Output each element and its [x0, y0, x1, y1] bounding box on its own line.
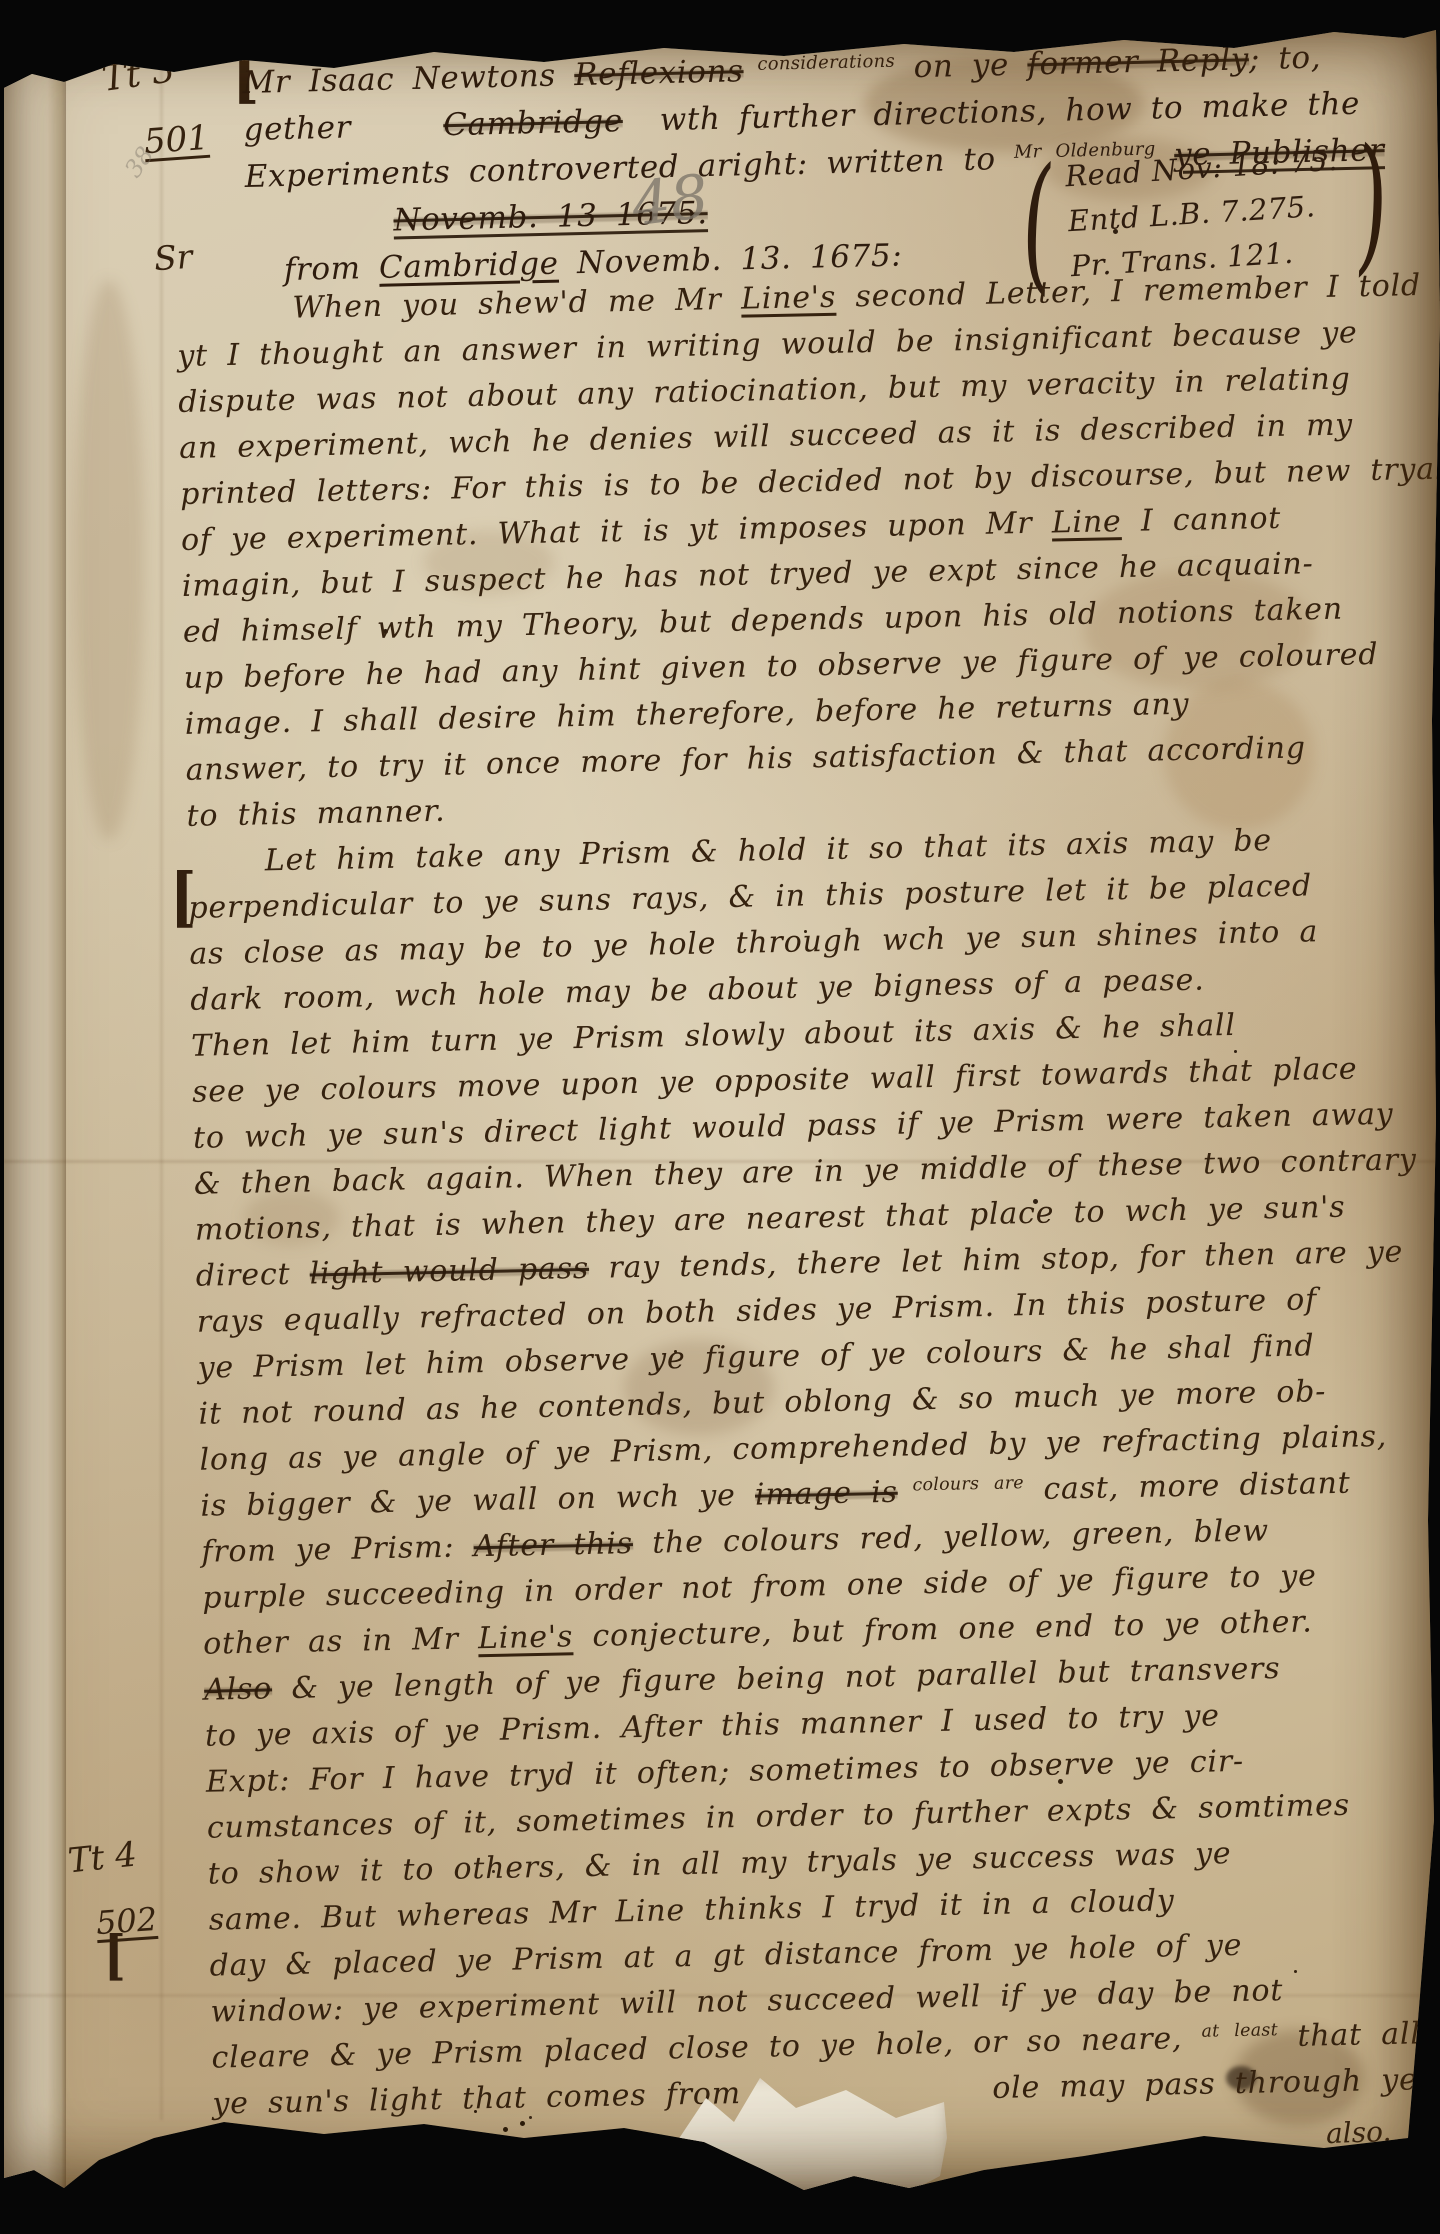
manuscript-text-segment: light would pass: [309, 1251, 589, 1292]
manuscript-text-segment: ye sun's light that comes from: [212, 2076, 760, 2122]
manuscript-text-segment: is bigger & ye wall on wch ye: [200, 1478, 755, 1524]
manuscript-text-segment: from: [247, 250, 380, 289]
manuscript-text-segment: ; to,: [1248, 40, 1321, 78]
manuscript-text-segment: ole may pass through ye Prism: [992, 2060, 1440, 2106]
manuscript-text-segment: at least: [1201, 2020, 1278, 2042]
letter-body: When you shew'd me Mr Line's second Lett…: [176, 261, 1440, 2127]
manuscript-text-segment: to this manner.: [186, 794, 446, 834]
manuscript-text-segment: Also: [204, 1671, 273, 1707]
manuscript-text-segment: Line's: [741, 280, 837, 317]
photograph-background: Tt 3 501 38 [ Mr Isaac Newtons Reflexion…: [0, 0, 1440, 2234]
manuscript-text-segment: colours are: [897, 1473, 1024, 1496]
manuscript-text-segment: former Reply: [1027, 41, 1249, 82]
manuscript-text-segment: Reflexions: [574, 53, 744, 93]
manuscript-text-segment: gether: [243, 107, 443, 148]
pencil-page-number: 48: [628, 162, 712, 241]
shelfmark-top: Tt 3: [100, 49, 178, 100]
manuscript-text-segment: direct: [195, 1257, 310, 1294]
manuscript-text-segment: other as in Mr: [203, 1621, 479, 1662]
manuscript-text-segment: Mr Isaac Newtons: [242, 57, 575, 101]
manuscript-text-segment: After this: [473, 1526, 633, 1564]
salutation: Sr: [153, 237, 194, 279]
manuscript-text-segment: image is: [755, 1475, 898, 1513]
manuscript-text-segment: Line: [1051, 504, 1121, 540]
folio-number-mid: 502: [95, 1900, 159, 1942]
manuscript-text-segment: When you shew'd me Mr: [176, 282, 741, 328]
manuscript-text-segment: that all: [1278, 2016, 1421, 2054]
manuscript-text-segment: considerations: [743, 50, 895, 75]
manuscript-text-segment: Cambridge: [443, 103, 623, 143]
manuscript-text-segment: second Letter, I remember I told you,: [836, 266, 1440, 314]
shelfmark-mid: Tt 4: [66, 1835, 139, 1882]
manuscript-text-segment: Line's: [478, 1619, 574, 1656]
manuscript-text-segment: [245, 202, 393, 241]
written-content: Tt 3 501 38 [ Mr Isaac Newtons Reflexion…: [4, 20, 1440, 2192]
manuscript-text-segment: Cambridge: [379, 246, 559, 286]
manuscript-text-segment: from ye Prism:: [201, 1529, 474, 1569]
docket-paren-close: ): [1351, 127, 1392, 279]
manuscript-text-segment: [760, 2071, 993, 2111]
manuscript-text-segment: I cannot: [1121, 501, 1281, 539]
manuscript-text-segment: cast, more distant: [1024, 1466, 1351, 1508]
catchword: also.: [1325, 2115, 1391, 2150]
manuscript-page: Tt 3 501 38 [ Mr Isaac Newtons Reflexion…: [4, 20, 1440, 2192]
manuscript-text-segment: the colours red, yellow, green, blew: [633, 1513, 1270, 1561]
manuscript-text-segment: on ye: [895, 47, 1028, 86]
